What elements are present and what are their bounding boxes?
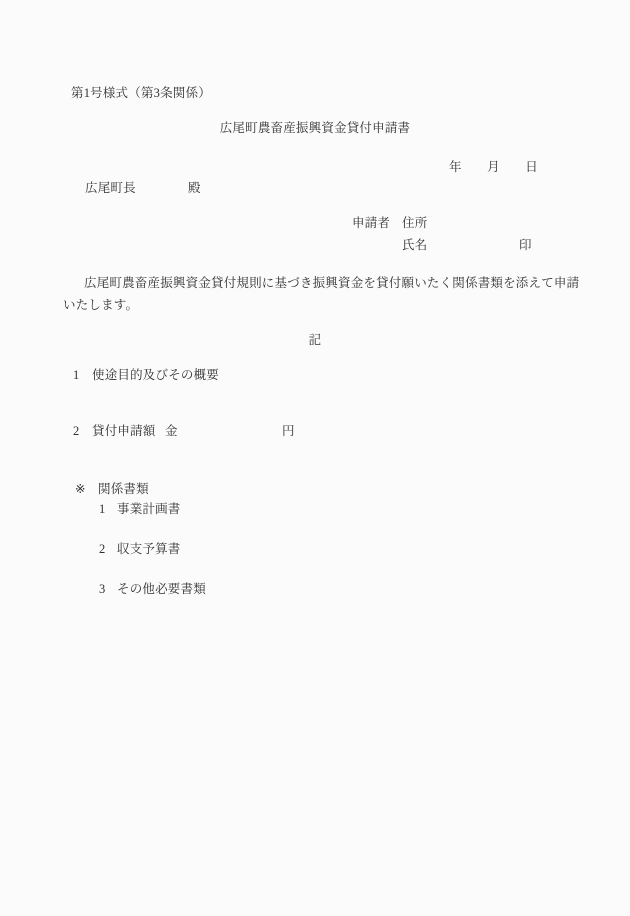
- attachment-2-label: 収支予算書: [117, 542, 181, 556]
- attachments-heading: 関係書類: [98, 482, 149, 496]
- body-paragraph-line1: 広尾町農畜産振興資金貸付規則に基づき振興資金を貸付願いたく関係書類を添えて申請: [63, 276, 579, 290]
- amount-prefix-kin: 金: [165, 424, 178, 438]
- addressee-honorific: 殿: [188, 181, 201, 195]
- attachment-1-number: 1: [99, 502, 105, 516]
- applicant-name-label: 氏名: [402, 238, 427, 252]
- date-line: 年 月 日: [449, 160, 538, 174]
- applicant-address-label: 住所: [402, 216, 427, 230]
- notation-ki: 記: [0, 333, 630, 347]
- item-amount-label: 貸付申請額: [92, 424, 156, 438]
- attachment-3-label: その他必要書類: [117, 582, 206, 596]
- application-form-page: 第1号様式（第3条関係） 広尾町農畜産振興資金貸付申請書 年 月 日 広尾町長 …: [0, 0, 630, 916]
- amount-suffix-yen: 円: [282, 424, 295, 438]
- addressee-name: 広尾町長: [85, 181, 136, 195]
- document-title: 広尾町農畜産振興資金貸付申請書: [0, 121, 630, 135]
- form-number: 第1号様式（第3条関係）: [71, 86, 211, 100]
- item-amount-number: 2: [73, 424, 79, 438]
- item-purpose-number: 1: [73, 368, 79, 382]
- attachment-2-number: 2: [99, 542, 105, 556]
- seal-mark: 印: [519, 238, 532, 252]
- attachment-3-number: 3: [99, 582, 105, 596]
- attachments-marker: ※: [75, 482, 86, 496]
- attachment-1-label: 事業計画書: [117, 502, 181, 516]
- applicant-label: 申請者: [352, 216, 390, 230]
- body-paragraph-line2: いたします。: [63, 298, 138, 312]
- item-purpose-label: 使途目的及びその概要: [92, 368, 219, 382]
